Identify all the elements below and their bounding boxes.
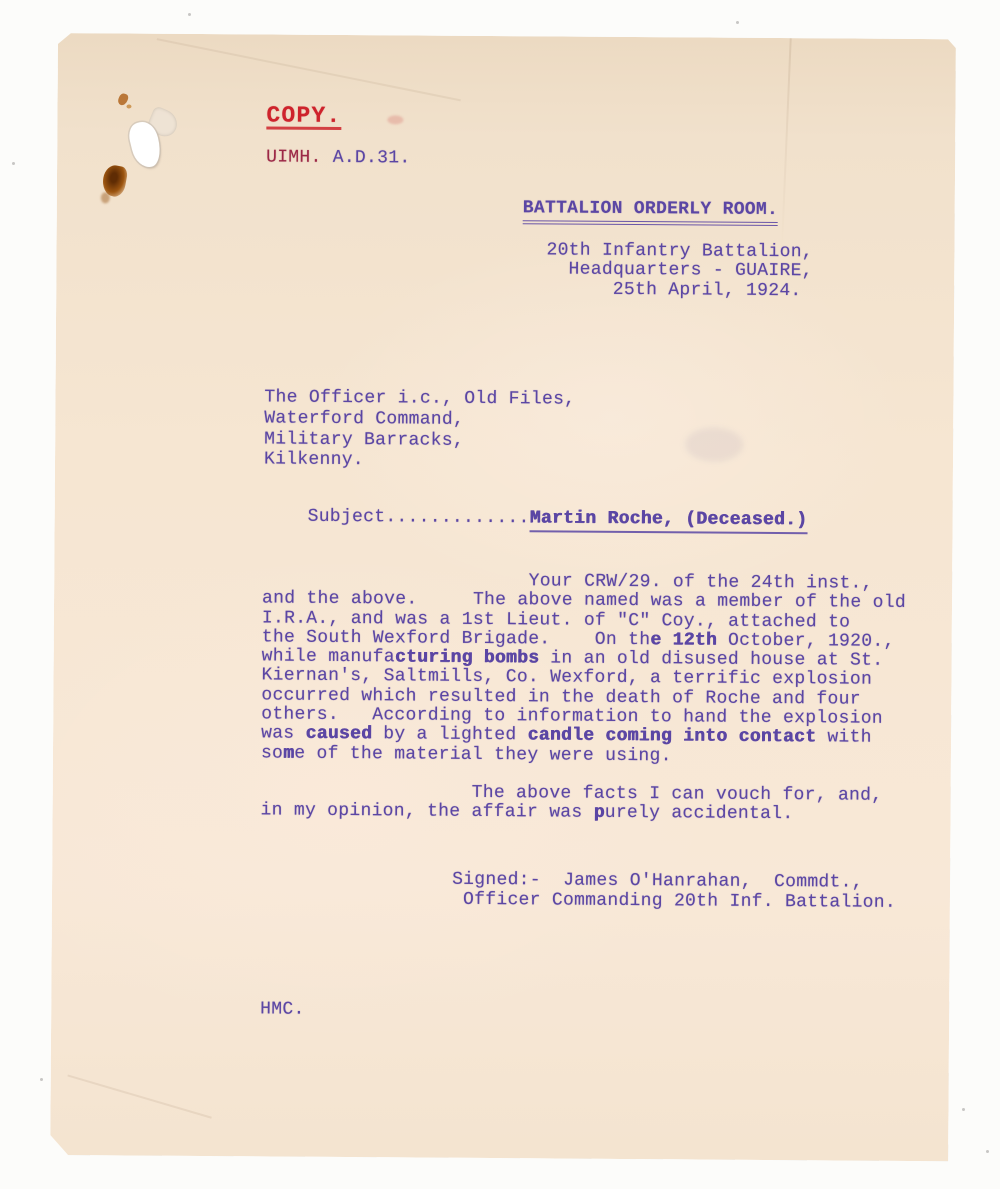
scan-speck: [962, 1108, 965, 1111]
text-segment: by a lighted: [372, 725, 528, 746]
text-segment: in my opinion, the affair was: [261, 801, 594, 823]
typist-initials: HMC.: [260, 1000, 305, 1020]
paper-crease: [781, 38, 792, 253]
letter-heading: BATTALION ORDERLY ROOM.: [523, 199, 779, 226]
text-segment: A.D.31.: [322, 148, 411, 169]
text-segment: while manufa: [262, 647, 395, 668]
paper-crease: [67, 1074, 211, 1118]
text-segment: UIMH.: [266, 147, 322, 167]
text-segment: with: [816, 728, 872, 748]
letter-paper: COPY. UIMH. A.D.31. BATTALION ORDERLY RO…: [50, 33, 956, 1161]
recipient-address: The Officer i.c., Old Files, Waterford C…: [264, 387, 575, 472]
text-segment: Subject: [308, 507, 386, 528]
copy-stamp: COPY.: [266, 106, 341, 130]
ink-smudge: [685, 427, 743, 461]
paper-crease: [157, 38, 461, 101]
body-paragraph-1: Your CRW/29. of the 24th inst., and the …: [261, 570, 906, 767]
text-segment: October, 1920.,: [717, 631, 895, 652]
text-segment: cturing bombs: [395, 648, 539, 669]
text-segment: .............: [385, 507, 529, 528]
scan-speck: [40, 1078, 43, 1081]
text-segment: m: [283, 743, 294, 763]
scanned-letter-page: COPY. UIMH. A.D.31. BATTALION ORDERLY RO…: [0, 0, 1000, 1189]
text-segment: caused: [305, 724, 372, 744]
text-segment: e of the material they were using.: [294, 743, 672, 766]
text-segment: p: [594, 803, 605, 823]
letterhead-address: 20th Infantry Battalion, Headquarters - …: [546, 241, 813, 301]
text-segment: Martin Roche, (Deceased.): [530, 508, 808, 533]
text-segment: so: [261, 743, 283, 763]
scan-speck: [12, 162, 15, 165]
text-segment: urely accidental.: [605, 803, 794, 824]
text-segment: e 12th: [650, 630, 717, 650]
body-paragraph-2: The above facts I can vouch for, and, in…: [261, 782, 883, 825]
reference-number: UIMH. A.D.31.: [266, 148, 410, 168]
scan-speck: [986, 1150, 989, 1153]
signature-block: Signed:- James O'Hanrahan, Commdt., Offi…: [452, 870, 896, 914]
scan-speck: [736, 21, 739, 24]
faint-red-mark: [387, 115, 403, 124]
rust-stain: [101, 192, 110, 203]
text-segment: was: [261, 724, 306, 744]
scan-speck: [188, 13, 191, 16]
rust-stain: [126, 104, 131, 108]
subject-line: Subject.............Martin Roche, (Decea…: [308, 508, 808, 531]
